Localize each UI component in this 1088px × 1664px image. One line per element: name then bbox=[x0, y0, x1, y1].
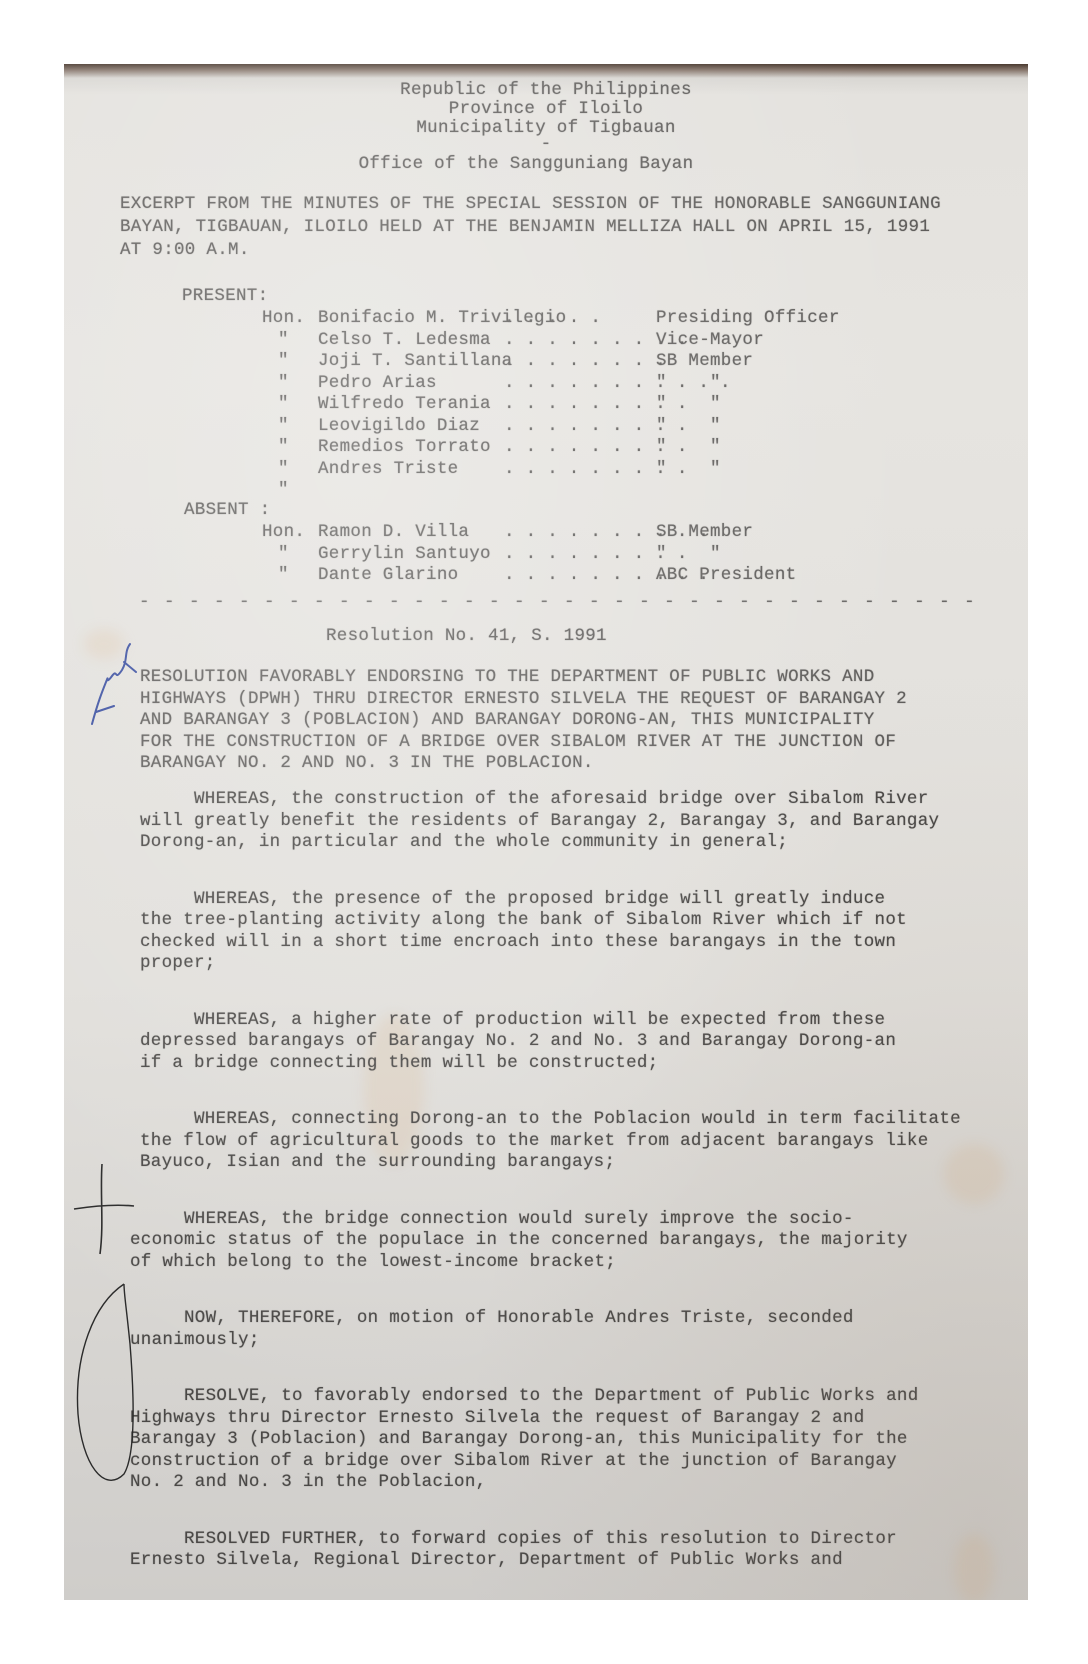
excerpt-line-1: EXCERPT FROM THE MINUTES OF THE SPECIAL … bbox=[120, 194, 941, 215]
attendance-prefix: " bbox=[278, 416, 289, 437]
resolution-paragraph-line: the tree-planting activity along the ban… bbox=[140, 910, 907, 931]
resolution-paragraph-line: Highways thru Director Ernesto Silvela t… bbox=[130, 1408, 865, 1429]
resolution-title-line: FOR THE CONSTRUCTION OF A BRIDGE OVER SI… bbox=[140, 732, 896, 753]
attendance-position: " " bbox=[656, 544, 721, 565]
attendance-name: Wilfredo Terania bbox=[318, 394, 491, 415]
attendance-position: " " bbox=[656, 373, 721, 394]
attendance-leader: . . . . . bbox=[504, 308, 601, 329]
attendance-row: "Wilfredo Terania. . . . . . . . ." " bbox=[64, 394, 1028, 416]
attendance-name: Pedro Arias bbox=[318, 373, 437, 394]
present-label: PRESENT: bbox=[182, 286, 268, 307]
resolution-paragraph-line: of which belong to the lowest-income bra… bbox=[130, 1252, 616, 1273]
resolution-paragraph-line: if a bridge connecting them will be cons… bbox=[140, 1053, 658, 1074]
attendance-position: " " bbox=[656, 394, 721, 415]
resolution-paragraph-line: economic status of the populace in the c… bbox=[130, 1230, 908, 1251]
resolution-paragraph-line: the flow of agricultural goods to the ma… bbox=[140, 1131, 929, 1152]
resolution-paragraph-line: WHEREAS, connecting Dorong-an to the Pob… bbox=[140, 1109, 961, 1130]
attendance-row: "Pedro Arias. . . . . . . . . . ." " bbox=[64, 373, 1028, 395]
resolution-paragraph-line: depressed barangays of Barangay No. 2 an… bbox=[140, 1031, 896, 1052]
absent-label: ABSENT : bbox=[184, 500, 270, 521]
attendance-prefix: " bbox=[278, 437, 289, 458]
attendance-position: ABC President bbox=[656, 565, 796, 586]
resolution-paragraph-line: Bayuco, Isian and the surrounding barang… bbox=[140, 1152, 615, 1173]
document-photo: Republic of the Philippines Province of … bbox=[64, 64, 1028, 1600]
attendance-prefix: " bbox=[278, 459, 289, 480]
attendance-prefix: Hon. bbox=[262, 308, 305, 329]
attendance-row: Hon.Ramon D. Villa. . . . . . . . . .SB … bbox=[64, 522, 1028, 544]
resolution-paragraph-line: construction of a bridge over Sibalom Ri… bbox=[130, 1451, 897, 1472]
attendance-position: " " bbox=[656, 437, 721, 458]
attendance-position: " " bbox=[656, 416, 721, 437]
attendance-position: Vice-Mayor bbox=[656, 330, 764, 351]
resolution-paragraph-line: WHEREAS, the presence of the proposed br… bbox=[140, 889, 885, 910]
resolution-paragraph-line: RESOLVE, to favorably endorsed to the De… bbox=[130, 1386, 919, 1407]
attendance-name: Joji T. Santillana bbox=[318, 351, 512, 372]
pen-margin-marks-icon bbox=[64, 1154, 154, 1534]
resolution-paragraph-line: NOW, THEREFORE, on motion of Honorable A… bbox=[130, 1308, 854, 1329]
attendance-name: Remedios Torrato bbox=[318, 437, 491, 458]
resolution-paragraph-line: Barangay 3 (Poblacion) and Barangay Doro… bbox=[130, 1429, 908, 1450]
attendance-prefix: " bbox=[278, 373, 289, 394]
attendance-name: Andres Triste bbox=[318, 459, 458, 480]
resolution-title-line: BARANGAY NO. 2 AND NO. 3 IN THE POBLACIO… bbox=[140, 753, 594, 774]
attendance-position: " " bbox=[656, 459, 721, 480]
attendance-leader: . . . . . . . . bbox=[504, 351, 666, 372]
letterhead-separator: - bbox=[64, 134, 1028, 155]
attendance-name: Dante Glarino bbox=[318, 565, 458, 586]
resolution-paragraph-line: WHEREAS, a higher rate of production wil… bbox=[140, 1010, 885, 1031]
letterhead-republic: Republic of the Philippines bbox=[64, 80, 1028, 101]
attendance-row: "Andres Triste. . . . . . . . ." " bbox=[64, 459, 1028, 481]
attendance-prefix: " bbox=[278, 394, 289, 415]
resolution-paragraph-line: WHEREAS, the construction of the aforesa… bbox=[140, 789, 929, 810]
section-divider: - - - - - - - - - - - - - - - - - - - - … bbox=[139, 592, 977, 613]
resolution-paragraph-line: Dorong-an, in particular and the whole c… bbox=[140, 832, 788, 853]
resolution-paragraph-line: Ernesto Silvela, Regional Director, Depa… bbox=[130, 1550, 843, 1571]
attendance-row: "Celso T. Ledesma. . . . . . . . .Vice-M… bbox=[64, 330, 1028, 352]
resolution-title-line: AND BARANGAY 3 (POBLACION) AND BARANGAY … bbox=[140, 710, 875, 731]
attendance-prefix: " bbox=[278, 330, 289, 351]
resolution-paragraph-line: RESOLVED FURTHER, to forward copies of t… bbox=[130, 1529, 897, 1550]
attendance-row: "Remedios Torrato. . . . . . . . ." " bbox=[64, 437, 1028, 459]
resolution-paragraph-line: checked will in a short time encroach in… bbox=[140, 932, 896, 953]
attendance-name: Gerrylin Santuyo bbox=[318, 544, 491, 565]
attendance-row: Hon.Bonifacio M. Trivilegio. . . . .Pres… bbox=[64, 308, 1028, 330]
attendance-prefix: " bbox=[278, 351, 289, 372]
resolution-paragraph-line: No. 2 and No. 3 in the Poblacion, bbox=[130, 1472, 486, 1493]
attendance-row: "Dante Glarino. . . . . . . . . .ABC Pre… bbox=[64, 565, 1028, 587]
office-title: Office of the Sangguniang Bayan bbox=[64, 154, 1008, 175]
resolution-paragraph-line: will greatly benefit the residents of Ba… bbox=[140, 811, 939, 832]
attendance-row: "Gerrylin Santuyo. . . . . . . . ." " bbox=[64, 544, 1028, 566]
letterhead-province: Province of Iloilo bbox=[64, 99, 1028, 120]
resolution-paragraph-line: WHEREAS, the bridge connection would sur… bbox=[130, 1209, 854, 1230]
attendance-prefix: " bbox=[278, 544, 289, 565]
attendance-name: Ramon D. Villa bbox=[318, 522, 469, 543]
handwritten-signature-icon bbox=[84, 632, 144, 732]
attendance-prefix: " bbox=[278, 480, 289, 501]
excerpt-line-3: AT 9:00 A.M. bbox=[120, 240, 250, 261]
attendance-name: Celso T. Ledesma bbox=[318, 330, 491, 351]
resolution-paragraph-line: proper; bbox=[140, 953, 216, 974]
attendance-position: SB Member bbox=[656, 522, 753, 543]
attendance-prefix: " bbox=[278, 565, 289, 586]
attendance-position: SB Member bbox=[656, 351, 753, 372]
resolution-title-line: RESOLUTION FAVORABLY ENDORSING TO THE DE… bbox=[140, 667, 875, 688]
attendance-name: Leovigildo Diaz bbox=[318, 416, 480, 437]
attendance-prefix: Hon. bbox=[262, 522, 305, 543]
resolution-number: Resolution No. 41, S. 1991 bbox=[326, 626, 607, 647]
resolution-title-line: HIGHWAYS (DPWH) THRU DIRECTOR ERNESTO SI… bbox=[140, 689, 907, 710]
attendance-position: Presiding Officer bbox=[656, 308, 840, 329]
attendance-row: "Leovigildo Diaz. . . . . . . . ." " bbox=[64, 416, 1028, 438]
attendance-row: " bbox=[64, 480, 1028, 502]
attendance-row: "Joji T. Santillana. . . . . . . .SB Mem… bbox=[64, 351, 1028, 373]
excerpt-line-2: BAYAN, TIGBAUAN, ILOILO HELD AT THE BENJ… bbox=[120, 217, 930, 238]
